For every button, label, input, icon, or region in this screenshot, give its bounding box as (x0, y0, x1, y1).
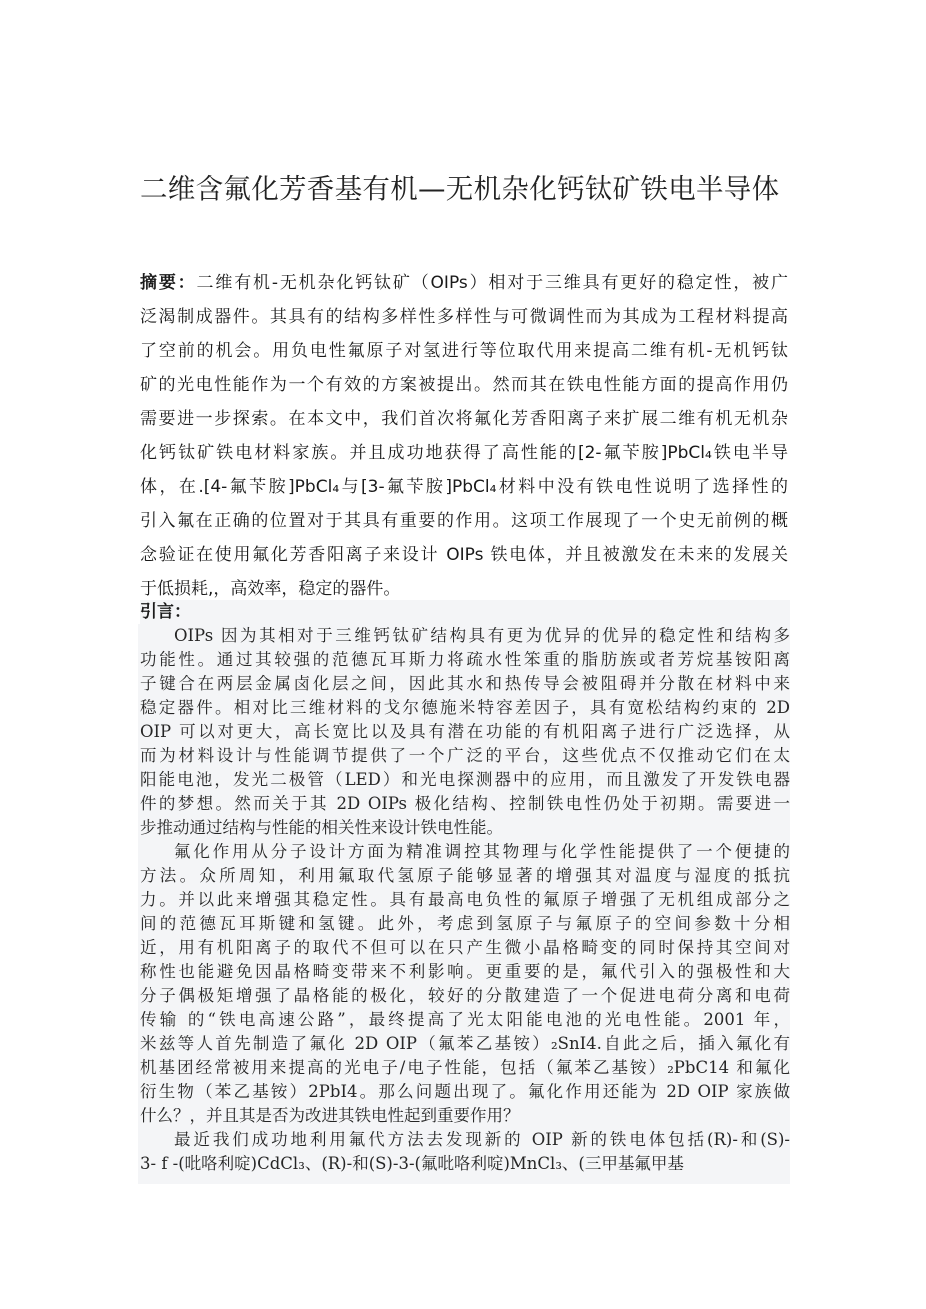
abstract-label: 摘要： (140, 273, 197, 293)
intro-line: 阳能电池，发光二极管（LED）和光电探测器中的应用，而且激发了开发铁电器 (140, 768, 790, 792)
intro-line: OIP 可以对更大，高长宽比以及具有潜在功能的有机阳离子进行广泛选择，从 (140, 720, 790, 744)
abstract-line: 了空前的机会。用负电性氟原子对氢进行等位取代用来提高二维有机-无机钙钛 (140, 334, 788, 368)
intro-line: 什么？，并且其是否为改进其铁电性起到重要作用？ (140, 1104, 790, 1128)
intro-line: 子键合在两层金属卤化层之间，因此其水和热传导会被阻碍并分散在材料中来 (140, 672, 790, 696)
intro-line: 方法。众所周知，利用氟取代氢原子能够显著的增强其对温度与湿度的抵抗 (140, 864, 790, 888)
intro-line: 步推动通过结构与性能的相关性来设计铁电性能。 (140, 816, 790, 840)
abstract-line: 泛渴制成器件。其具有的结构多样性多样性与可微调性而为其成为工程材料提高 (140, 300, 788, 334)
abstract-line: 化钙钛矿铁电材料家族。并且成功地获得了高性能的[2-氟苄胺]PbCl₄铁电半导 (140, 436, 788, 470)
introduction-heading: 引言： (140, 600, 790, 624)
intro-line: 而为材料设计与性能调节提供了一个广泛的平台，这些优点不仅推动它们在太 (140, 744, 790, 768)
abstract-line: 念验证在使用氟化芳香阳离子来设计 OIPs 铁电体，并且被激发在未来的发展关 (140, 538, 788, 572)
intro-line: 传输 的“铁电高速公路”，最终提高了光太阳能电池的光电性能。2001 年， (140, 1008, 790, 1032)
intro-line: 3- f -(吡咯利啶)CdCl₃、(R)-和(S)-3-(氟吡咯利啶)MnCl… (140, 1152, 790, 1176)
intro-line: 衍生物（苯乙基铵）2PbI4。那么问题出现了。氟化作用还能为 2D OIP 家族… (140, 1080, 790, 1104)
abstract-line: 体，在.[4-氟苄胺]PbCl₄与[3-氟苄胺]PbCl₄材料中没有铁电性说明了… (140, 470, 788, 504)
intro-line: 件的梦想。然而关于其 2D OIPs 极化结构、控制铁电性仍处于初期。需要进一 (140, 792, 790, 816)
intro-line: 功能性。通过其较强的范德瓦耳斯力将疏水性笨重的脂肪族或者芳烷基铵阳离 (140, 648, 790, 672)
intro-line: 近，用有机阳离子的取代不但可以在只产生微小晶格畸变的同时保持其空间对 (140, 936, 790, 960)
intro-line: 米兹等人首先制造了氟化 2D OIP（氟苯乙基铵）₂SnI4.自此之后，插入氟化… (140, 1032, 790, 1056)
abstract-line: 需要进一步探索。在本文中，我们首次将氟化芳香阳离子来扩展二维有机无机杂 (140, 402, 788, 436)
intro-line: 最近我们成功地利用氟代方法去发现新的 OIP 新的铁电体包括(R)-和(S)- (140, 1128, 790, 1152)
abstract-line: 矿的光电性能作为一个有效的方案被提出。然而其在铁电性能方面的提高作用仍 (140, 368, 788, 402)
intro-line: 稳定器件。相对比三维材料的戈尔德施米特容差因子，具有宽松结构约束的 2D (140, 696, 790, 720)
intro-line: 分子偶极矩增强了晶格能的极化，较好的分散建造了一个促进电荷分离和电荷 (140, 984, 790, 1008)
intro-line: 力。并以此来增强其稳定性。具有最高电负性的氟原子增强了无机组成部分之 (140, 888, 790, 912)
page-title: 二维含氟化芳香基有机—无机杂化钙钛矿铁电半导体 (140, 166, 800, 206)
abstract-line: 引入氟在正确的位置对于其具有重要的作用。这项工作展现了一个史无前例的概 (140, 504, 788, 538)
intro-line: 机基团经常被用来提高的光电子/电子性能，包括（氟苯乙基铵）₂PbC14 和氟化 (140, 1056, 790, 1080)
intro-line: 称性也能避免因晶格畸变带来不利影响。更重要的是，氟代引入的强极性和大 (140, 960, 790, 984)
intro-line: OIPs 因为其相对于三维钙钛矿结构具有更为优异的优异的稳定性和结构多 (140, 624, 790, 648)
abstract-section: 摘要：二维有机-无机杂化钙钛矿（OIPs）相对于三维具有更好的稳定性，被广 泛渴… (140, 266, 788, 606)
intro-line: 间的范德瓦耳斯键和氢键。此外，考虑到氢原子与氟原子的空间参数十分相 (140, 912, 790, 936)
abstract-line: 摘要：二维有机-无机杂化钙钛矿（OIPs）相对于三维具有更好的稳定性，被广 (140, 266, 788, 300)
introduction-body: OIPs 因为其相对于三维钙钛矿结构具有更为优异的优异的稳定性和结构多 功能性。… (140, 624, 790, 1176)
intro-line: 氟化作用从分子设计方面为精准调控其物理与化学性能提供了一个便捷的 (140, 840, 790, 864)
